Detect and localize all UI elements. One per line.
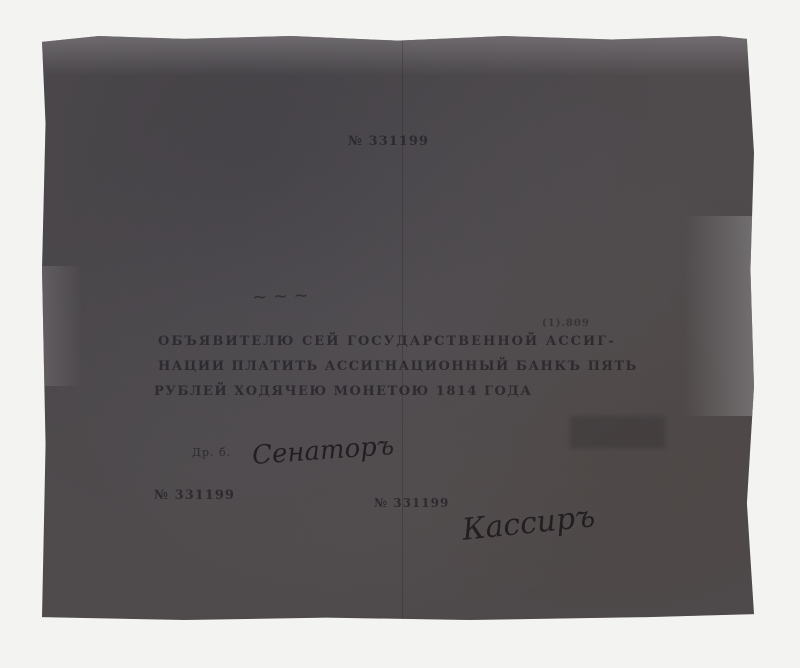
serial-number-top: № 331199 bbox=[348, 134, 429, 149]
corner-number: (1).809 bbox=[542, 318, 590, 329]
serial-number-bottom-center: № 331199 bbox=[374, 496, 449, 510]
handwritten-annotation: ~ ~ ~ bbox=[252, 285, 309, 308]
signature-senator: Сенаторъ bbox=[251, 431, 395, 471]
signature-cashier: Кассиръ bbox=[461, 499, 597, 548]
text-line-2: НАЦИИ ПЛАТИТЬ АССИГНАЦИОННЫЙ БАНКЪ ПЯТЬ bbox=[158, 359, 638, 374]
paper-stain-top bbox=[42, 36, 754, 76]
watermark-denomination bbox=[570, 416, 665, 448]
serial-number-bottom-left: № 331199 bbox=[154, 488, 235, 503]
text-line-1: ОБЪЯВИТЕЛЮ СЕЙ ГОСУДАРСТВЕННОЙ АССИГ- bbox=[158, 334, 616, 349]
series-mark: Др. б. bbox=[192, 446, 231, 459]
banknote: № 331199 ~ ~ ~ (1).809 ОБЪЯВИТЕЛЮ СЕЙ ГО… bbox=[42, 36, 754, 620]
paper-stain-right bbox=[684, 216, 754, 416]
paper-stain-left bbox=[42, 266, 82, 386]
fold-crease bbox=[402, 36, 403, 620]
text-line-3: РУБЛЕЙ ХОДЯЧЕЮ МОНЕТОЮ 1814 ГОДА bbox=[154, 384, 532, 399]
